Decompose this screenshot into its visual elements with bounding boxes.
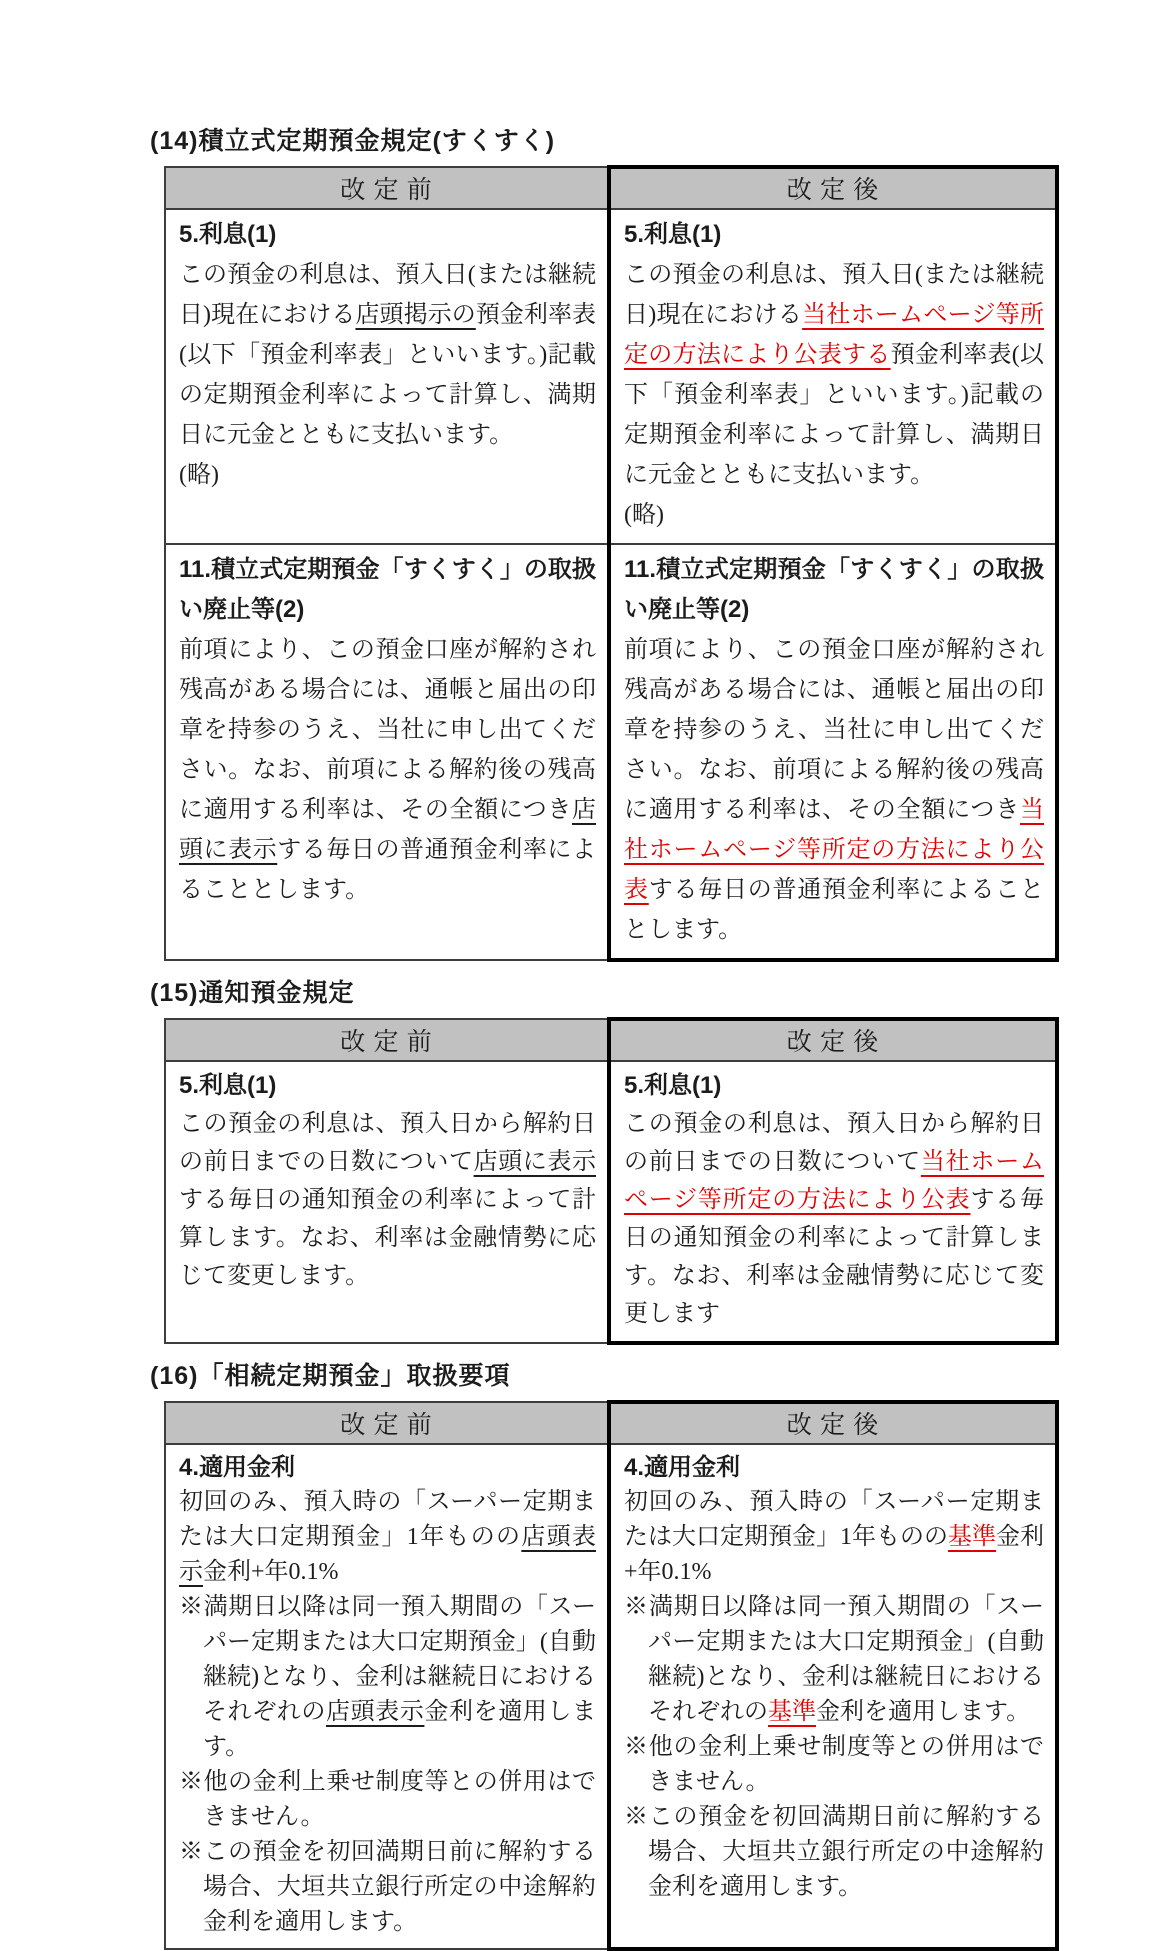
clause-heading: 5.利息(1) [179,1067,596,1105]
section-14-title: (14)積立式定期預金規定(すくすく) [150,126,1170,156]
table-row: 4.適用金利 初回のみ、預入時の「スーパー定期または大口定期預金」1年ものの店頭… [165,1444,1057,1949]
column-header-after: 改 定 後 [609,1402,1057,1444]
text-segment: (略) [179,462,219,488]
header-row: 改 定 前 改 定 後 [165,1402,1057,1444]
cell-before: 5.利息(1) この預金の利息は、預入日から解約日の前日までの日数について店頭に… [165,1061,609,1343]
column-header-before: 改 定 前 [165,167,609,209]
document-page: (14)積立式定期預金規定(すくすく) 改 定 前 改 定 後 5.利息(1) … [0,0,1170,1951]
clause-body: 前項により、この預金口座が解約され残高がある場合には、通帳と届出の印章を持参のう… [179,630,596,910]
paragraph: ※この預金を初回満期日前に解約する場合、大垣共立銀行所定の中途解約金利を適用しま… [624,1800,1044,1905]
cell-before: 11.積立式定期預金「すくすく」の取扱い廃止等(2) 前項により、この預金口座が… [165,544,609,960]
clause-body: この預金の利息は、預入日から解約日の前日までの日数について当社ホームページ等所定… [624,1105,1044,1333]
clause-body: この預金の利息は、預入日(または継続日)現在における店頭掲示の預金利率表(以下「… [179,255,596,495]
paragraph: ※満期日以降は同一預入期間の「スーパー定期または大口定期預金」(自動継続)となり… [624,1590,1044,1730]
underlined-text: 店頭表示 [326,1699,424,1725]
paragraph: 初回のみ、預入時の「スーパー定期または大口定期預金」1年ものの基準金利+年0.1… [624,1485,1044,1590]
header-row: 改 定 前 改 定 後 [165,167,1057,209]
text-segment: ※他の金利上乗せ制度等との併用はできません。 [179,1769,596,1830]
section-14: (14)積立式定期預金規定(すくすく) 改 定 前 改 定 後 5.利息(1) … [150,126,1170,962]
column-header-after: 改 定 後 [609,1019,1057,1061]
paragraph: この預金の利息は、預入日から解約日の前日までの日数について当社ホームページ等所定… [624,1105,1044,1333]
cell-after: 4.適用金利 初回のみ、預入時の「スーパー定期または大口定期預金」1年ものの基準… [609,1444,1057,1949]
section-15: (15)通知預金規定 改 定 前 改 定 後 5.利息(1) この預金の利息は、… [150,978,1170,1345]
clause-heading: 4.適用金利 [179,1450,596,1485]
clause-heading: 5.利息(1) [624,215,1044,255]
paragraph: (略) [179,455,596,495]
paragraph: 初回のみ、預入時の「スーパー定期または大口定期預金」1年ものの店頭表示金利+年0… [179,1485,596,1590]
text-segment: 金利+年0.1% [203,1559,339,1585]
paragraph: この預金の利息は、預入日(または継続日)現在における当社ホームページ等所定の方法… [624,255,1044,495]
paragraph: ※この預金を初回満期日前に解約する場合、大垣共立銀行所定の中途解約金利を適用しま… [179,1835,596,1940]
revision-table-14: 改 定 前 改 定 後 5.利息(1) この預金の利息は、預入日(または継続日)… [164,165,1059,962]
text-segment: 前項により、この預金口座が解約され残高がある場合には、通帳と届出の印章を持参のう… [624,637,1044,823]
text-segment: する毎日の通知預金の利率によって計算します。なお、利率は金融情勢に応じて変更しま… [179,1187,596,1289]
text-segment: 金利を適用します。 [816,1699,1030,1725]
text-segment: ※この預金を初回満期日前に解約する場合、大垣共立銀行所定の中途解約金利を適用しま… [624,1804,1044,1900]
clause-heading: 5.利息(1) [179,215,596,255]
text-segment: 前項により、この預金口座が解約され残高がある場合には、通帳と届出の印章を持参のう… [179,637,596,823]
revision-table-16: 改 定 前 改 定 後 4.適用金利 初回のみ、預入時の「スーパー定期または大口… [164,1400,1059,1951]
section-16-title: (16)「相続定期預金」取扱要項 [150,1361,1170,1391]
column-header-after: 改 定 後 [609,167,1057,209]
cell-before: 5.利息(1) この預金の利息は、預入日(または継続日)現在における店頭掲示の預… [165,209,609,544]
paragraph: ※他の金利上乗せ制度等との併用はできません。 [624,1730,1044,1800]
column-header-before: 改 定 前 [165,1402,609,1444]
column-header-before: 改 定 前 [165,1019,609,1061]
revision-table-15: 改 定 前 改 定 後 5.利息(1) この預金の利息は、預入日から解約日の前日… [164,1017,1059,1345]
changed-text-red-underline: 基準 [768,1699,816,1725]
table-row: 11.積立式定期預金「すくすく」の取扱い廃止等(2) 前項により、この預金口座が… [165,544,1057,960]
clause-body: 初回のみ、預入時の「スーパー定期または大口定期預金」1年ものの店頭表示金利+年0… [179,1485,596,1940]
changed-text-red-underline: 基準 [948,1524,996,1550]
clause-heading: 5.利息(1) [624,1067,1044,1105]
clause-body: 前項により、この預金口座が解約され残高がある場合には、通帳と届出の印章を持参のう… [624,630,1044,950]
cell-after: 5.利息(1) この預金の利息は、預入日から解約日の前日までの日数について当社ホ… [609,1061,1057,1343]
header-row: 改 定 前 改 定 後 [165,1019,1057,1061]
cell-before: 4.適用金利 初回のみ、預入時の「スーパー定期または大口定期預金」1年ものの店頭… [165,1444,609,1949]
clause-body: 初回のみ、預入時の「スーパー定期または大口定期預金」1年ものの基準金利+年0.1… [624,1485,1044,1905]
table-row: 5.利息(1) この預金の利息は、預入日から解約日の前日までの日数について店頭に… [165,1061,1057,1343]
paragraph: 前項により、この預金口座が解約され残高がある場合には、通帳と届出の印章を持参のう… [179,630,596,910]
paragraph: ※他の金利上乗せ制度等との併用はできません。 [179,1765,596,1835]
paragraph: (略) [624,495,1044,535]
cell-after: 5.利息(1) この預金の利息は、預入日(または継続日)現在における当社ホームペ… [609,209,1057,544]
clause-heading: 11.積立式定期預金「すくすく」の取扱い廃止等(2) [624,550,1044,630]
paragraph: この預金の利息は、預入日(または継続日)現在における店頭掲示の預金利率表(以下「… [179,255,596,455]
clause-heading: 11.積立式定期預金「すくすく」の取扱い廃止等(2) [179,550,596,630]
clause-body: この預金の利息は、預入日から解約日の前日までの日数について店頭に表示する毎日の通… [179,1105,596,1295]
underlined-text: 店頭掲示の [355,302,475,328]
text-segment: ※他の金利上乗せ制度等との併用はできません。 [624,1734,1044,1795]
section-16: (16)「相続定期預金」取扱要項 改 定 前 改 定 後 4.適用金利 初回のみ… [150,1361,1170,1951]
clause-heading: 4.適用金利 [624,1450,1044,1485]
paragraph: ※満期日以降は同一預入期間の「スーパー定期または大口定期預金」(自動継続)となり… [179,1590,596,1765]
text-segment: する毎日の普通預金利率によることとします。 [624,877,1044,943]
paragraph: この預金の利息は、預入日から解約日の前日までの日数について店頭に表示する毎日の通… [179,1105,596,1295]
clause-body: この預金の利息は、預入日(または継続日)現在における当社ホームページ等所定の方法… [624,255,1044,535]
text-segment: (略) [624,502,664,528]
table-row: 5.利息(1) この預金の利息は、預入日(または継続日)現在における店頭掲示の預… [165,209,1057,544]
cell-after: 11.積立式定期預金「すくすく」の取扱い廃止等(2) 前項により、この預金口座が… [609,544,1057,960]
paragraph: 前項により、この預金口座が解約され残高がある場合には、通帳と届出の印章を持参のう… [624,630,1044,950]
section-15-title: (15)通知預金規定 [150,978,1170,1008]
text-segment: ※この預金を初回満期日前に解約する場合、大垣共立銀行所定の中途解約金利を適用しま… [179,1839,596,1935]
underlined-text: 店頭に表示 [474,1149,596,1175]
